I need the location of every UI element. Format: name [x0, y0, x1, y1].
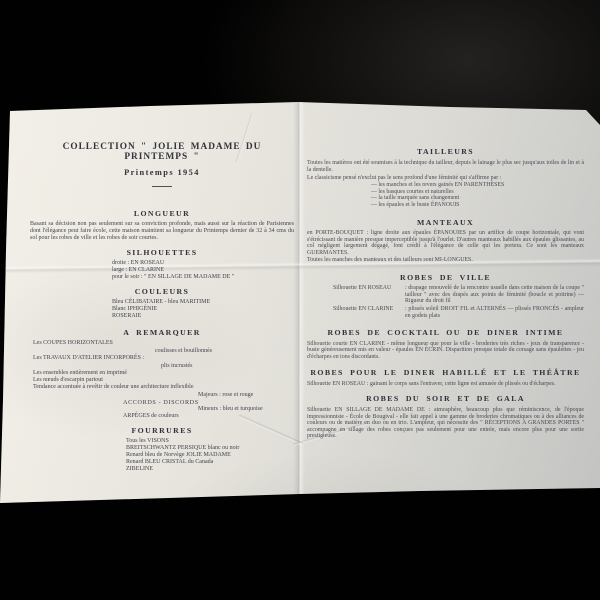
- longueur-paragraph: Basant sa décision non pas seulement sur…: [30, 221, 294, 242]
- section-silhouettes-title: SILHOUETTES: [30, 248, 294, 257]
- section-robes-ville-title: ROBES DE VILLE: [307, 273, 584, 282]
- photo-backdrop: COLLECTION " JOLIE MADAME DU PRINTEMPS "…: [0, 0, 600, 600]
- tailleurs-bullets: — les manches et les revers gainés EN PA…: [371, 182, 584, 208]
- fourrure-line: BREITSCHWANTZ PERSIQUE blanc ou noir: [126, 445, 294, 452]
- left-column: COLLECTION " JOLIE MADAME DU PRINTEMPS "…: [30, 142, 294, 473]
- tailleurs-lead: Le classicisme pensé n'exclut pas le sen…: [307, 175, 584, 182]
- remarquer-mineurs: Mineurs : bleu et turquoise: [198, 406, 294, 413]
- fourrure-line: Renard bleu de Norvège JOLIE MADAME: [126, 452, 294, 459]
- silhouette-line: pour le soir : " EN SILLAGE DE MADAME DE…: [112, 274, 294, 281]
- section-remarquer-title: A REMARQUER: [30, 328, 294, 337]
- silhouette-line: large : EN CLARINE: [112, 267, 294, 274]
- robes-ville-item: Silhouette EN CLARINE : plissés soleil D…: [307, 306, 584, 319]
- couleurs-list: Bleu CÉLIBATAIRE - bleu MARITIME Blanc I…: [112, 299, 294, 320]
- tailleurs-bullet: — les basques courtes et naturelles: [371, 189, 584, 196]
- section-longueur-title: LONGUEUR: [30, 209, 294, 218]
- couleur-line: Bleu CÉLIBATAIRE - bleu MARITIME: [112, 299, 294, 306]
- tailleurs-bullet: — les manches et les revers gainés EN PA…: [371, 182, 584, 189]
- silhouette-description: : drapage renouvelé de la rencontre usue…: [405, 285, 584, 305]
- document-title: COLLECTION " JOLIE MADAME DU PRINTEMPS ": [30, 142, 294, 162]
- section-fourrures-title: FOURRURES: [30, 426, 294, 435]
- fourrure-line: Renard BLEU CRISTAL du Canada: [126, 459, 294, 466]
- robes-diner-paragraph: Silhouette EN ROSEAU : gainant le corps …: [307, 381, 584, 388]
- section-robes-soir-title: ROBES DU SOIR ET DE GALA: [307, 394, 584, 403]
- remarquer-arpeges: ARPÈGES de couleurs: [123, 413, 294, 420]
- remarquer-label: Les TRAVAUX D'ATELIER INCORPORÉS :: [33, 355, 294, 362]
- tailleurs-bullet: — les épaules et le buste ÉPANOUIS: [371, 202, 584, 209]
- section-tailleurs-title: TAILLEURS: [307, 147, 584, 156]
- remarquer-majeurs: Majeurs : rose et rouge: [198, 392, 294, 399]
- couleur-line: ROSERAIE: [112, 313, 294, 320]
- robes-soir-paragraph: Silhouette EN SILLAGE DE MADAME DE : atm…: [307, 407, 584, 440]
- section-couleurs-title: COULEURS: [30, 287, 294, 296]
- section-robes-diner-title: ROBES POUR LE DINER HABILLÉ ET LE THÉÂTR…: [307, 368, 584, 377]
- silhouette-label: Silhouette EN CLARINE: [333, 306, 405, 319]
- silhouette-label: Silhouette EN ROSEAU: [333, 285, 405, 305]
- remarquer-value: coulisses et bouillonnés: [155, 348, 294, 355]
- tailleurs-intro: Toutes les matières ont été soumises à l…: [307, 160, 584, 173]
- remarquer-value: plis incrustés: [161, 363, 294, 370]
- remarquer-accords: ACCORDS - DISCORDS: [123, 399, 294, 406]
- robes-cocktail-paragraph: Silhouette courte EN CLARINE - même long…: [307, 341, 584, 361]
- couleur-line: Blanc IPHIGÉNIE: [112, 306, 294, 313]
- section-robes-cocktail-title: ROBES DE COCKTAIL OU DE DINER INTIME: [307, 328, 584, 337]
- manteaux-paragraph: en PORTE-BOUQUET : ligne droite aux épau…: [307, 230, 584, 256]
- silhouette-line: droite : EN ROSEAU: [112, 260, 294, 267]
- section-manteaux-title: MANTEAUX: [307, 218, 584, 227]
- title-separator: [152, 186, 172, 187]
- press-release-sheet: COLLECTION " JOLIE MADAME DU PRINTEMPS "…: [0, 0, 600, 600]
- remarquer-block: Les COUPES HORIZONTALES coulisses et bou…: [30, 340, 294, 420]
- fourrures-list: Tous les VISONS BREITSCHWANTZ PERSIQUE b…: [126, 438, 294, 473]
- document-subtitle: Printemps 1954: [30, 168, 294, 177]
- fourrure-line: Tous les VISONS: [126, 438, 294, 445]
- silhouette-description: : plissés soleil DROIT FIL et ALTERNÉS —…: [405, 306, 584, 319]
- manteaux-note: Toutes les manches des manteaux et des t…: [307, 257, 584, 264]
- silhouettes-list: droite : EN ROSEAU large : EN CLARINE po…: [112, 260, 294, 281]
- remarquer-line: Tendance accentuée à revêtir de couleur …: [33, 384, 294, 391]
- fold-crease-vertical: [293, 102, 305, 496]
- remarquer-line: Les ensembles entièrement en imprimé: [33, 370, 294, 377]
- fourrure-line: ZIBELINE: [126, 466, 294, 473]
- remarquer-label: Les COUPES HORIZONTALES: [33, 340, 294, 347]
- robes-ville-item: Silhouette EN ROSEAU : drapage renouvelé…: [307, 285, 584, 305]
- right-column: TAILLEURS Toutes les matières ont été so…: [307, 147, 584, 440]
- remarquer-line: Les nœuds d'escarpin partout: [33, 377, 294, 384]
